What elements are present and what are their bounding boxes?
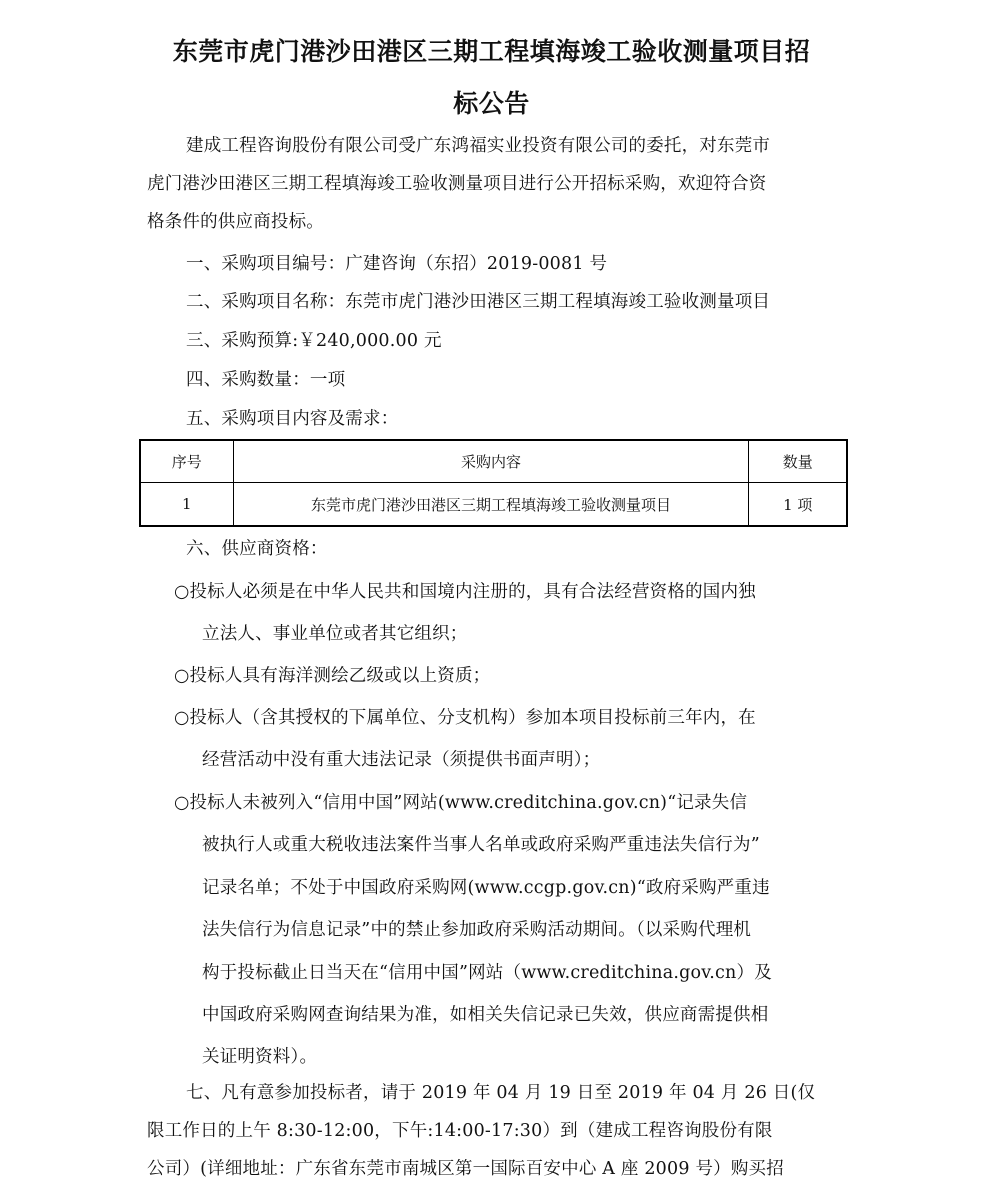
cell-serial: 1 bbox=[140, 483, 233, 527]
requirements-table: 序号 采购内容 数量 1 东莞市虎门港沙田港区三期工程填海竣工验收测量项目 1 … bbox=[139, 439, 848, 527]
table-header-row: 序号 采购内容 数量 bbox=[140, 440, 847, 483]
qualification-line: 被执行人或重大税收违法案件当事人名单或政府采购严重违法失信行为” bbox=[202, 833, 760, 857]
project-quantity: 四、采购数量：一项 bbox=[186, 368, 345, 392]
qualification-line: ○投标人必须是在中华人民共和国境内注册的，具有合法经营资格的国内独 bbox=[174, 580, 756, 604]
qualification-line: 记录名单；不处于中国政府采购网(www.ccgp.gov.cn)“政府采购严重违 bbox=[202, 876, 770, 900]
document-page: 东莞市虎门港沙田港区三期工程填海竣工验收测量项目招 标公告 建成工程咨询股份有限… bbox=[0, 0, 983, 1195]
document-title-line-1: 东莞市虎门港沙田港区三期工程填海竣工验收测量项目招 bbox=[140, 32, 843, 68]
intro-line-3: 格条件的供应商投标。 bbox=[147, 210, 324, 234]
table-row: 1 东莞市虎门港沙田港区三期工程填海竣工验收测量项目 1 项 bbox=[140, 483, 847, 527]
header-content: 采购内容 bbox=[233, 440, 749, 483]
qualification-line: ○投标人未被列入“信用中国”网站(www.creditchina.gov.cn)… bbox=[174, 791, 747, 815]
content-heading: 五、采购项目内容及需求： bbox=[186, 407, 398, 431]
qualification-line: 中国政府采购网查询结果为准，如相关失信记录已失效，供应商需提供相 bbox=[202, 1003, 768, 1027]
purchase-line: 七、凡有意参加投标者，请于 2019 年 04 月 19 日至 2019 年 0… bbox=[186, 1081, 815, 1105]
qualification-line: 经营活动中没有重大违法记录（须提供书面声明）； bbox=[202, 748, 600, 772]
qualification-line: 立法人、事业单位或者其它组织； bbox=[202, 622, 468, 646]
project-budget: 三、采购预算:￥240,000.00 元 bbox=[186, 329, 442, 353]
intro-line-1: 建成工程咨询股份有限公司受广东鸿福实业投资有限公司的委托，对东莞市 bbox=[186, 134, 770, 158]
qualification-line: 构于投标截止日当天在“信用中国”网站（www.creditchina.gov.c… bbox=[202, 961, 772, 985]
intro-line-2: 虎门港沙田港区三期工程填海竣工验收测量项目进行公开招标采购，欢迎符合资 bbox=[147, 172, 767, 196]
document-title-line-2: 标公告 bbox=[140, 84, 843, 120]
qualification-line: 法失信行为信息记录”中的禁止参加政府采购活动期间。（以采购代理机 bbox=[202, 918, 751, 942]
purchase-line: 限工作日的上午 8:30-12:00，下午:14:00-17:30）到（建成工程… bbox=[147, 1119, 773, 1143]
header-serial: 序号 bbox=[140, 440, 233, 483]
qualification-line: ○投标人具有海洋测绘乙级或以上资质； bbox=[174, 664, 490, 688]
qualification-line: ○投标人（含其授权的下属单位、分支机构）参加本项目投标前三年内，在 bbox=[174, 706, 756, 730]
cell-content: 东莞市虎门港沙田港区三期工程填海竣工验收测量项目 bbox=[233, 483, 749, 527]
project-name: 二、采购项目名称：东莞市虎门港沙田港区三期工程填海竣工验收测量项目 bbox=[186, 290, 770, 314]
purchase-line: 公司）(详细地址：广东省东莞市南城区第一国际百安中心 A 座 2009 号）购买… bbox=[147, 1157, 784, 1181]
cell-quantity: 1 项 bbox=[749, 483, 847, 527]
qualification-line: 关证明资料）。 bbox=[202, 1045, 317, 1069]
qualifications-heading: 六、供应商资格： bbox=[186, 537, 328, 561]
project-number: 一、采购项目编号：广建咨询（东招）2019-0081 号 bbox=[186, 252, 607, 276]
header-quantity: 数量 bbox=[749, 440, 847, 483]
